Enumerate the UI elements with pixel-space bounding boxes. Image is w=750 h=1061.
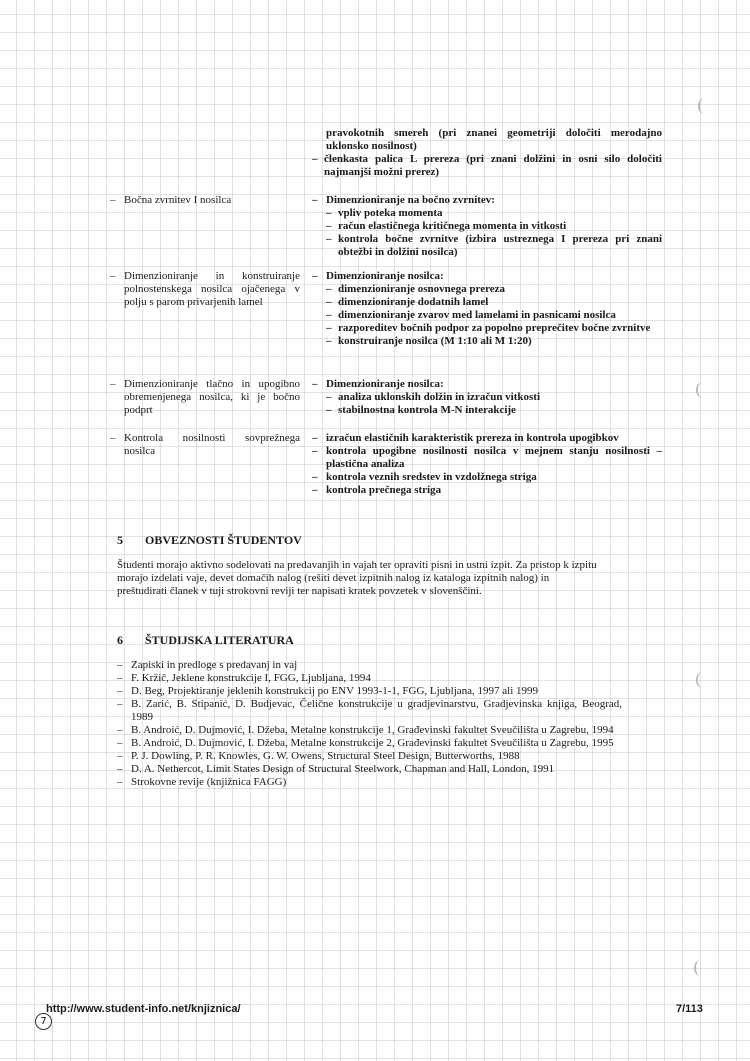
handwritten-page-mark: 7: [35, 1013, 52, 1030]
row-topic: – Kontrola nosilnosti sovprežnega nosilc…: [110, 432, 300, 458]
list-item: –B. Androić, D. Dujmović, I. Džeba, Meta…: [117, 724, 622, 737]
row-topic: – Dimenzioniranje tlačno in upogibno obr…: [110, 378, 300, 417]
row-content: –Dimenzioniranje nosilca: –dimenzioniran…: [312, 270, 662, 348]
list-item: –D. A. Nethercot, Limit States Design of…: [117, 763, 622, 776]
list-item: –B. Zarić, B. Stipanić, D. Budjevac, Čel…: [117, 698, 622, 724]
row-topic: – Bočna zvrnitev I nosilca: [110, 194, 300, 207]
page-number: 7/113: [676, 1003, 703, 1015]
continuation-text-2: – členkasta palica L prereza (pri znani …: [312, 153, 662, 179]
list-item: –Strokovne revije (knjižnica FAGG): [117, 776, 622, 789]
list-item: –B. Androić, D. Dujmović, I. Džeba, Meta…: [117, 737, 622, 750]
row-content: –izračun elastičnih karakteristik prerez…: [312, 432, 662, 497]
binding-hole-mark: [698, 98, 710, 114]
list-item: –F. Kržič, Jeklene konstrukcije I, FGG, …: [117, 672, 622, 685]
section-heading-literature: 6ŠTUDIJSKA LITERATURA: [117, 633, 294, 648]
row-content: –Dimenzioniranje nosilca: –analiza uklon…: [312, 378, 662, 417]
binding-hole-mark: [696, 672, 708, 688]
row-topic: – Dimenzioniranje in konstruiranje polno…: [110, 270, 300, 309]
footer-url: http://www.student-info.net/knjiznica/: [46, 1003, 241, 1015]
binding-hole-mark: [694, 960, 706, 976]
continuation-text-1: pravokotnih smereh (pri znanei geometrij…: [312, 127, 662, 153]
literature-list: –Zapiski in predloge s predavanj in vaj …: [117, 659, 622, 789]
list-item: –P. J. Dowling, P. R. Knowles, G. W. Owe…: [117, 750, 622, 763]
binding-hole-mark: [696, 382, 708, 398]
section-paragraph-obligations: Študenti morajo aktivno sodelovati na pr…: [117, 559, 597, 598]
section-heading-obligations: 5OBVEZNOSTI ŠTUDENTOV: [117, 533, 302, 548]
list-item: –Zapiski in predloge s predavanj in vaj: [117, 659, 622, 672]
row-content: –Dimenzioniranje na bočno zvrnitev: –vpl…: [312, 194, 662, 259]
list-item: –D. Beg, Projektiranje jeklenih konstruk…: [117, 685, 622, 698]
